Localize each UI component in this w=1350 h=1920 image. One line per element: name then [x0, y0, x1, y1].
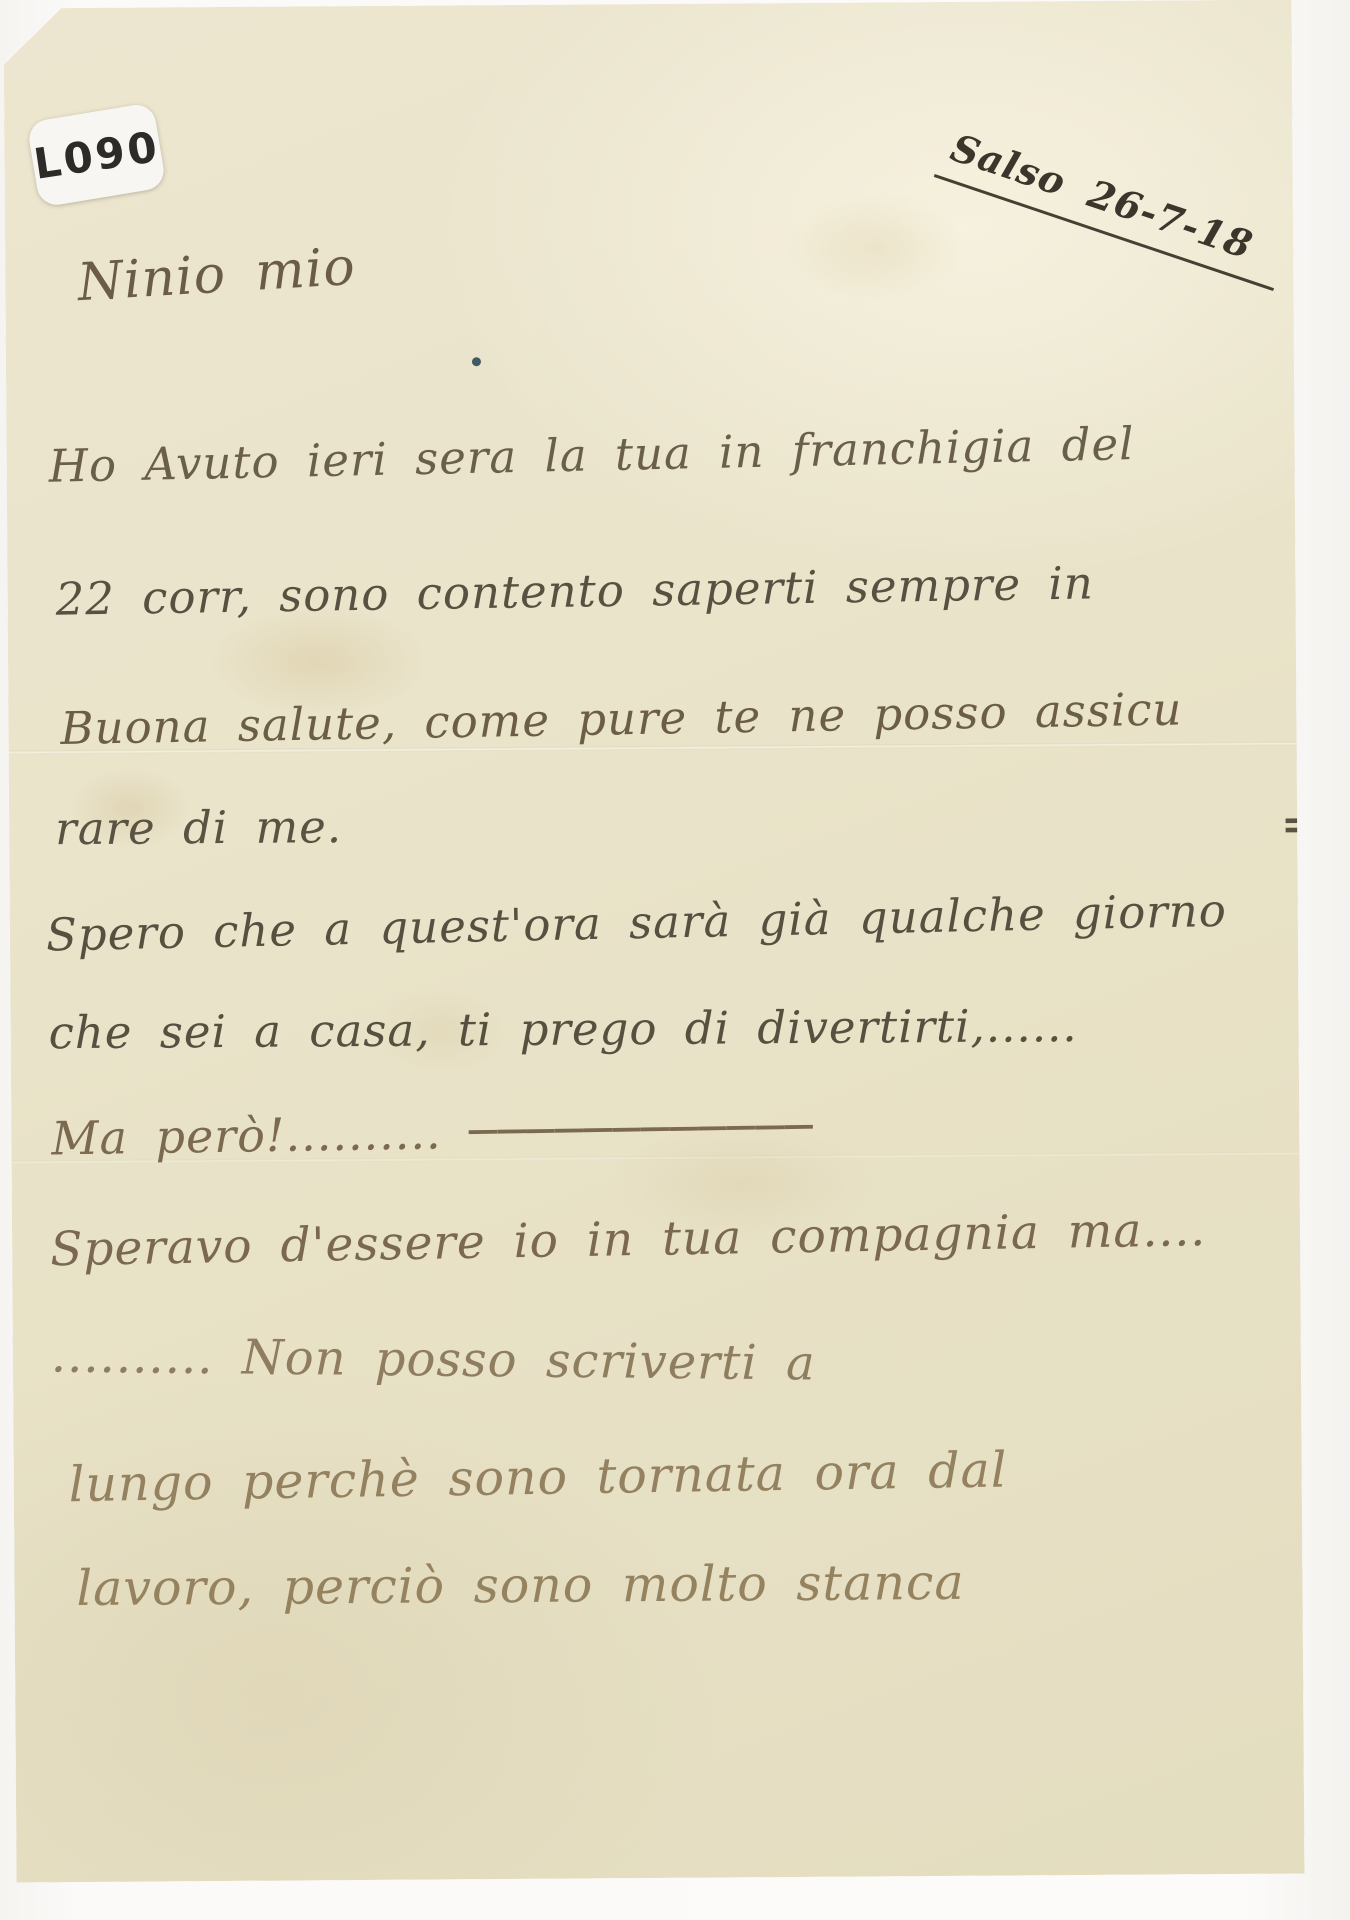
handwritten-line: lungo perchè sono tornata ora dal — [68, 1441, 1007, 1513]
handwritten-line: Spero che a quest'ora sarà già qualche g… — [45, 884, 1227, 962]
dateline: Salso 26-7-18 — [934, 122, 1292, 291]
handwritten-line: rare di me. — [55, 800, 342, 855]
ink-dot — [472, 357, 481, 366]
handwritten-line: che sei a casa, ti prego di divertirti,.… — [48, 999, 1077, 1059]
handwritten-line: .......... Non posso scriverti a — [51, 1328, 816, 1392]
letter-paper: L090 Salso 26-7-18 Ninio mio Ho Avuto ie… — [3, 0, 1304, 1882]
paper-stain — [785, 192, 966, 303]
handwritten-line: lavoro, perciò sono molto stanca — [76, 1554, 964, 1617]
salutation: Ninio mio — [76, 237, 357, 313]
handwritten-line: 22 corr, sono contento saperti sempre in — [55, 556, 1094, 625]
archive-label: L090 — [30, 121, 162, 188]
archive-label-sticker: L090 — [26, 102, 166, 208]
handwritten-line: Ho Avuto ieri sera la tua in franchigia … — [48, 417, 1135, 493]
handwritten-line: Speravo d'essere io in tua compagnia ma.… — [50, 1202, 1207, 1277]
